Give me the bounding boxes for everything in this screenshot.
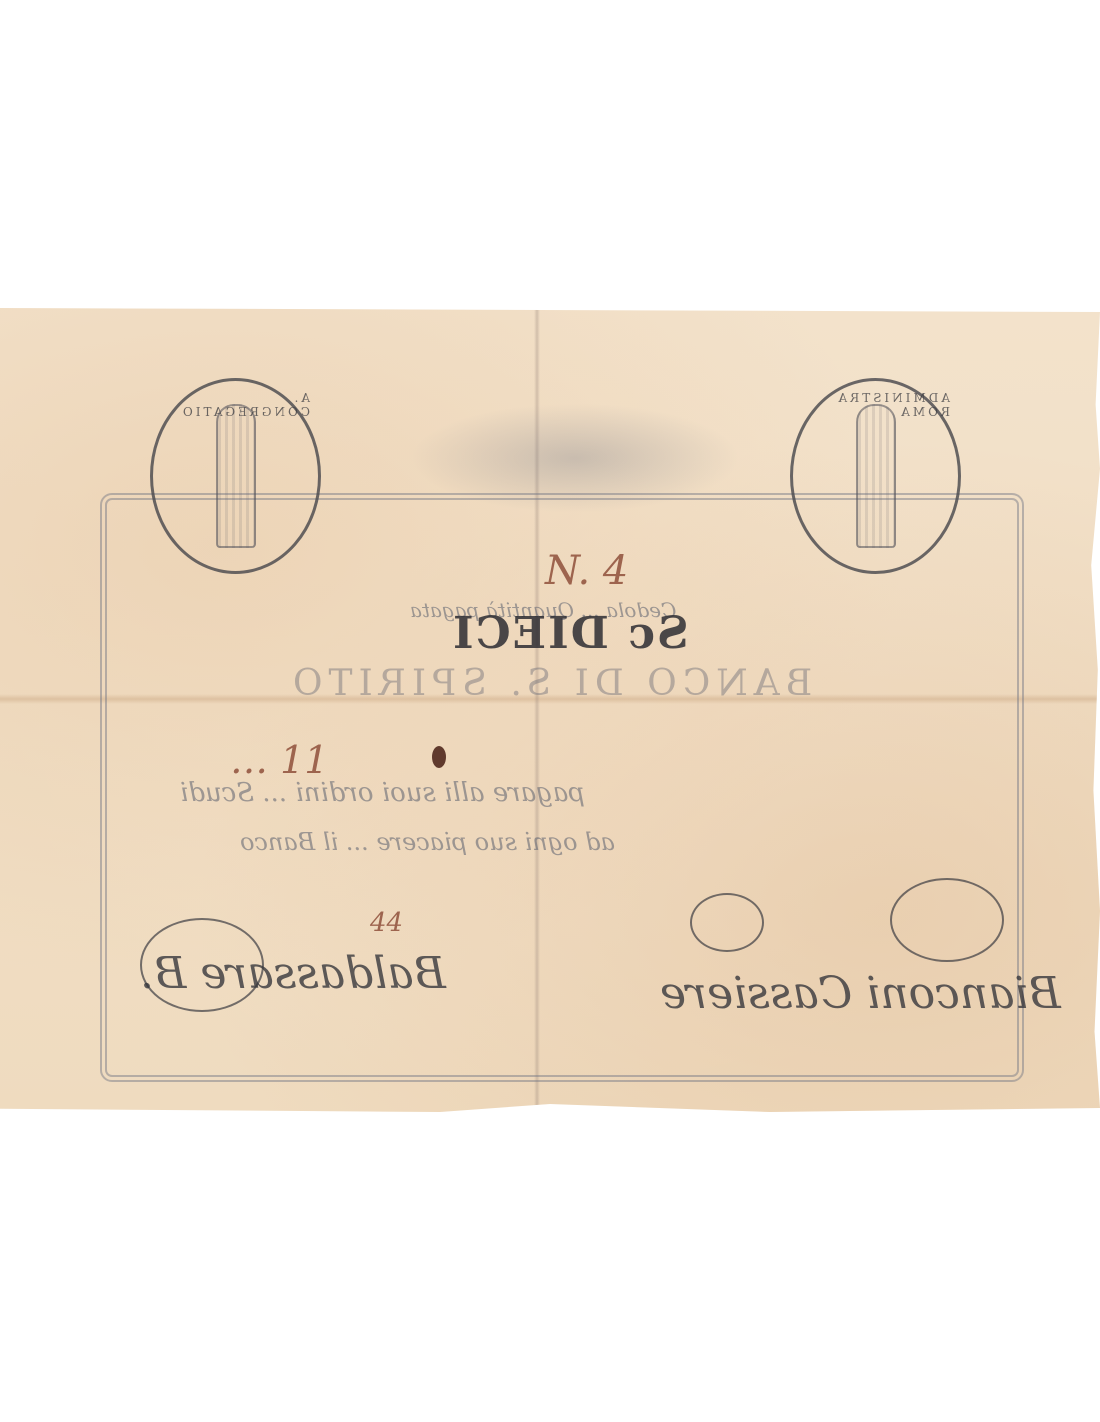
value-title: Sc DIECI xyxy=(360,608,780,659)
script-line-3-text: ad ogni suo piacere ... il Banco xyxy=(240,828,615,856)
banknote: A. CONGREGATIO ADMINISTRA ROMA Cedola ..… xyxy=(0,308,1100,1112)
signature-left: Baldassare B. xyxy=(140,908,446,999)
ink-blot xyxy=(432,746,446,768)
bank-name-text: BANCO DI S. SPIRITO xyxy=(287,663,812,704)
signature-right-text: Bianconi Cassiere xyxy=(660,968,1061,1019)
red-ink-mark-2: … 11 xyxy=(230,738,328,782)
red-ink-mark-1: N. 4 xyxy=(545,548,628,594)
value-title-text: Sc DIECI xyxy=(451,608,689,659)
script-line-2: pagare alli suoi ordini ... Scudi xyxy=(180,778,585,808)
oval-stamp-right: ADMINISTRA ROMA xyxy=(790,378,961,574)
signature-right: Bianconi Cassiere xyxy=(660,928,1061,1019)
script-line-2-text: pagare alli suoi ordini ... Scudi xyxy=(180,778,585,808)
stamp-right-legend: ADMINISTRA ROMA xyxy=(801,389,950,563)
script-line-3: ad ogni suo piacere ... il Banco xyxy=(240,828,615,856)
eagle-vignette xyxy=(410,403,740,513)
signature-left-text: Baldassare B. xyxy=(140,948,446,999)
bank-name: BANCO DI S. SPIRITO xyxy=(250,663,850,704)
oval-stamp-left: A. CONGREGATIO xyxy=(150,378,321,574)
stamp-left-legend: A. CONGREGATIO xyxy=(161,389,310,563)
